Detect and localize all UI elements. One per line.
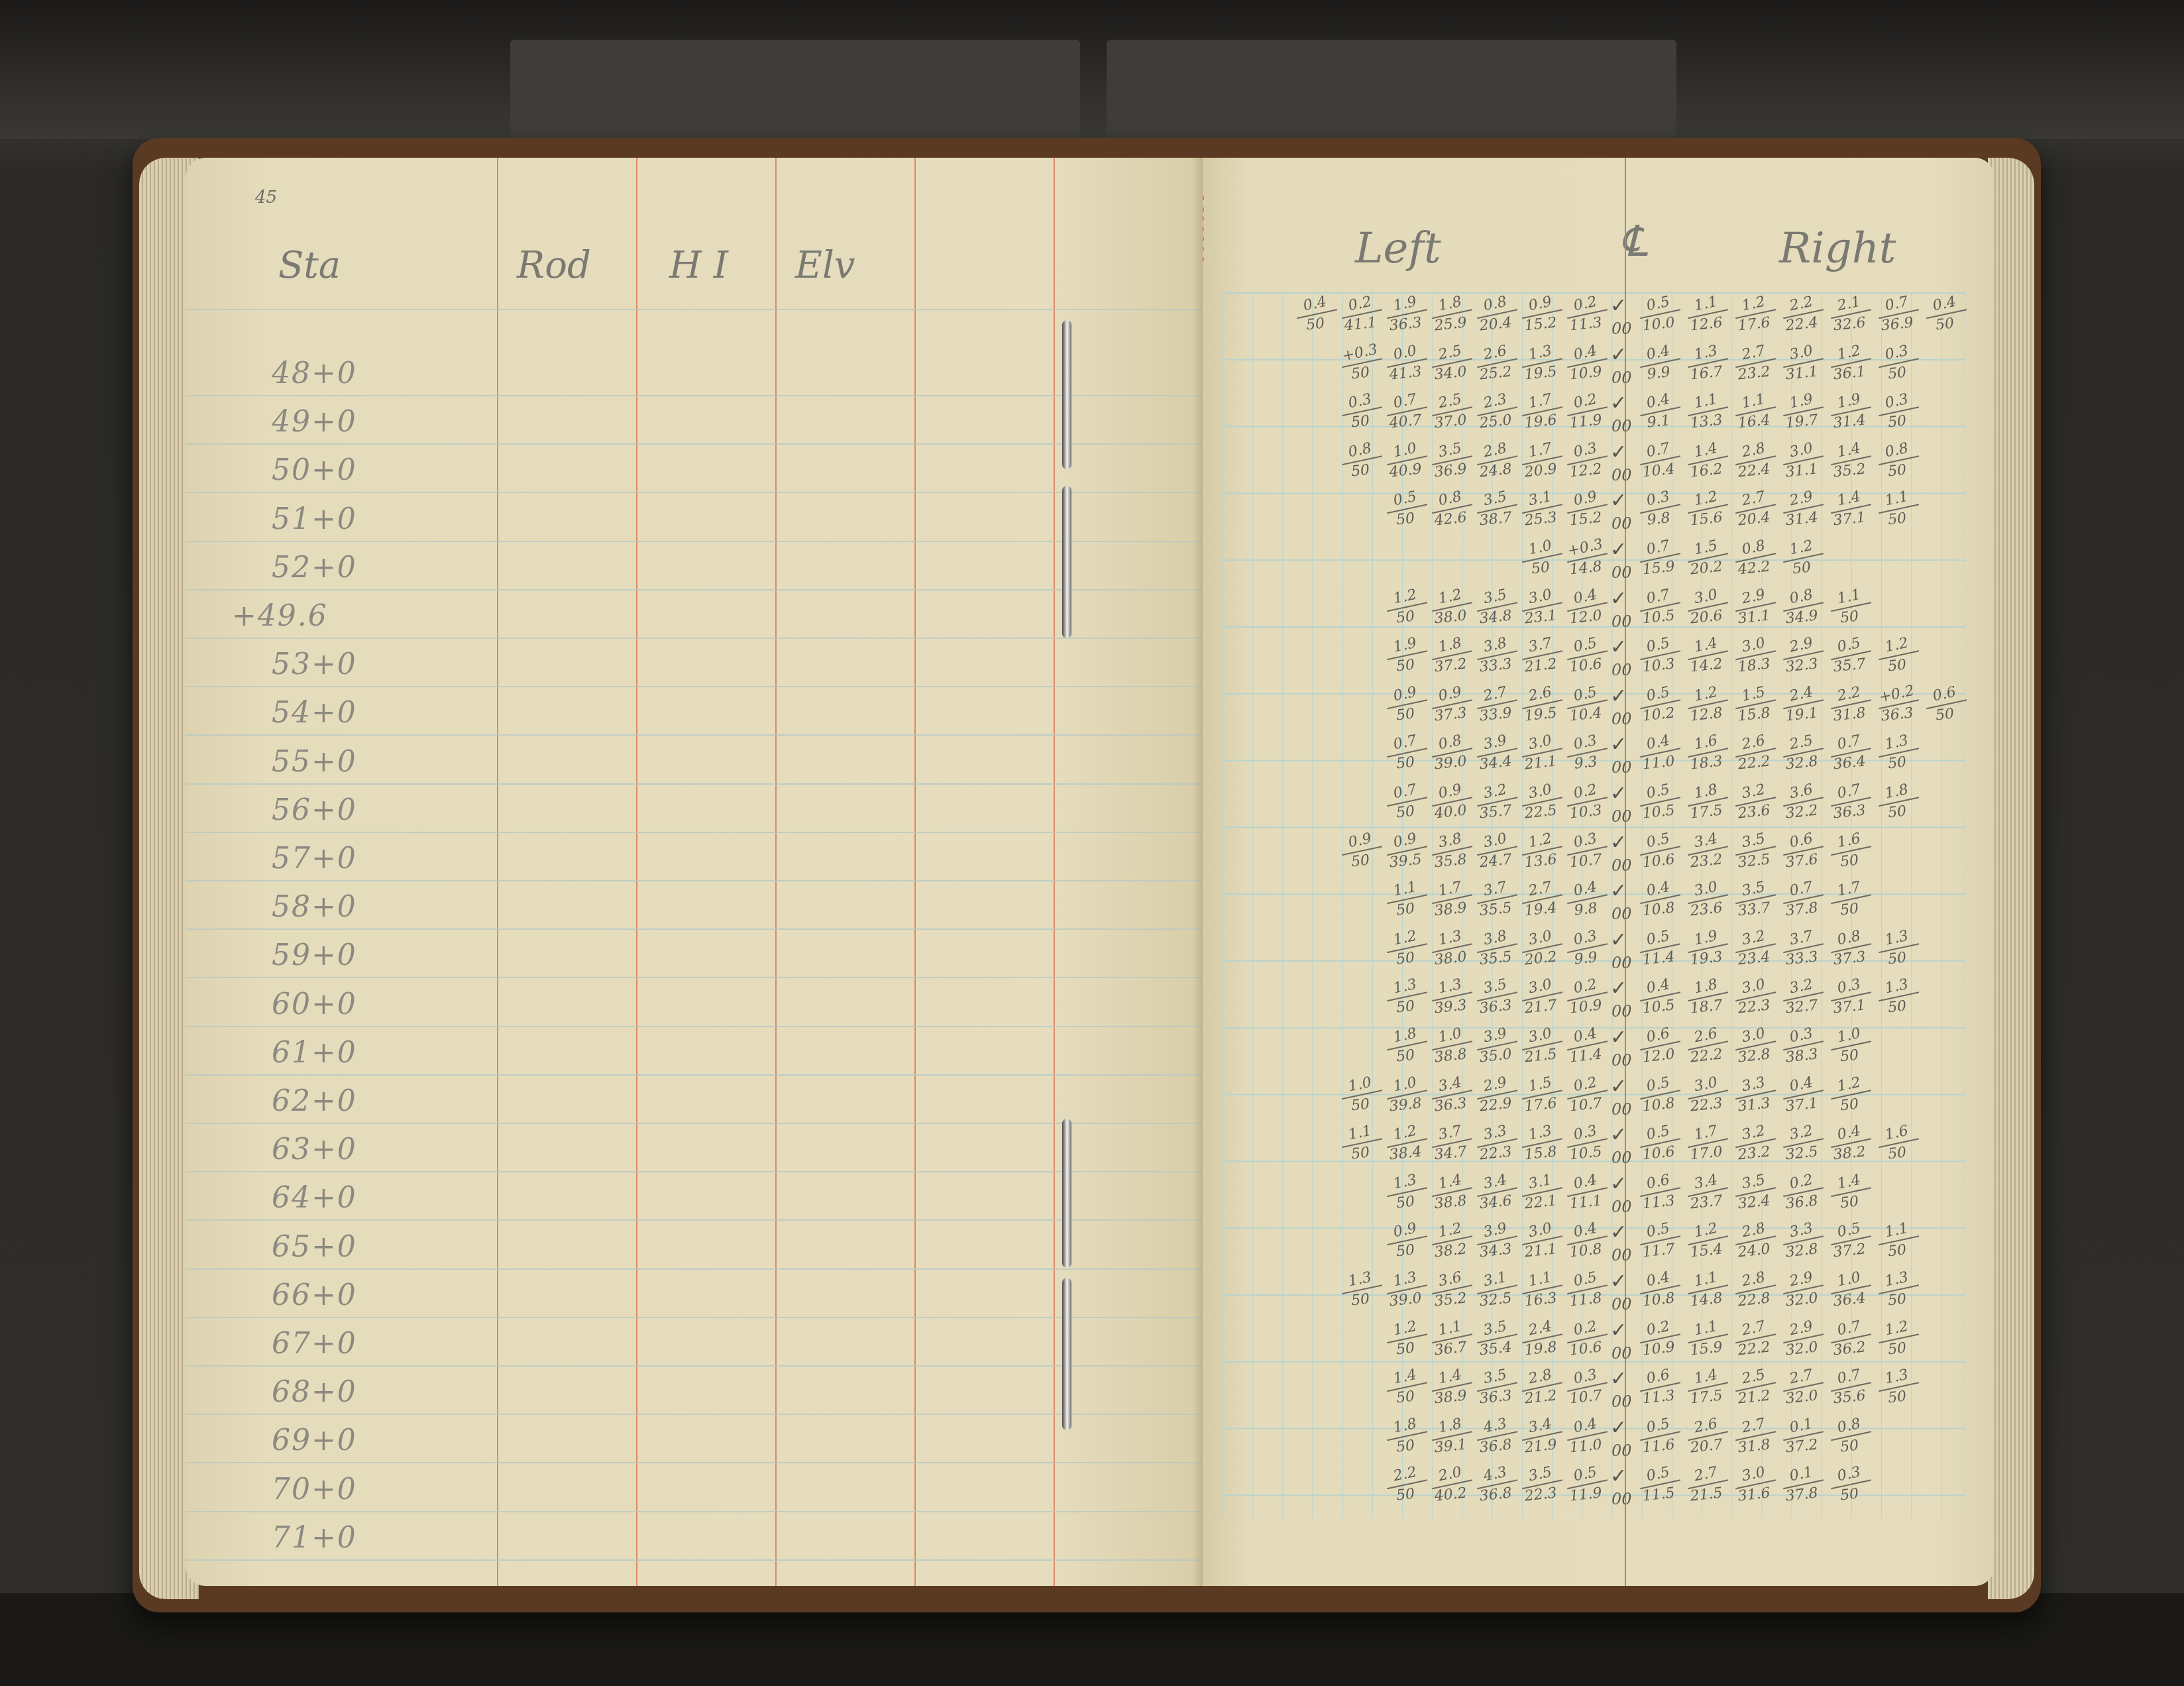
left-reading: 1.315.8 [1520,1126,1561,1161]
left-reading: 1.250 [1385,590,1426,625]
offset-distance: 38.2 [1429,1239,1472,1261]
offset-distance: 9.1 [1637,410,1680,431]
ruled-line [186,1123,1203,1124]
left-reading: 1.339.0 [1385,1272,1426,1308]
offset-distance: 16.3 [1519,1288,1562,1310]
offset-distance: 22.1 [1519,1191,1562,1212]
right-reading: 1.437.1 [1829,492,1870,527]
left-reading: 1.839.1 [1430,1419,1471,1454]
ruled-line [186,1317,1203,1318]
offset-distance: 10.4 [1637,459,1680,480]
offset-distance: 50 [1384,1337,1427,1358]
offset-distance: 22.4 [1780,313,1823,334]
left-reading: 1.837.2 [1430,638,1471,673]
ruled-line [186,783,1203,785]
offset-distance: 31.3 [1733,1093,1775,1114]
offset-distance: 38.3 [1780,1044,1823,1066]
offset-distance: 12.0 [1564,605,1607,626]
offset-distance: 32.5 [1780,1142,1823,1163]
check-mark: ✓ [1610,1123,1627,1147]
offset-distance: 22.9 [1474,1093,1517,1114]
offset-distance: 33.3 [1474,654,1517,675]
check-mark: ✓ [1610,685,1627,708]
offset-distance: 12.8 [1685,703,1727,724]
offset-distance: 32.8 [1733,1044,1775,1066]
centerline-value: 00 [1611,1198,1632,1216]
column-rule [497,158,498,1586]
right-reading: 1.350 [1877,931,1918,966]
offset-distance: 21.1 [1519,752,1562,773]
offset-distance: 14.8 [1564,557,1607,578]
offset-distance: 19.4 [1519,898,1562,919]
header-sta: Sta [278,244,341,287]
right-reading: 1.850 [1877,785,1918,820]
offset-distance: 36.3 [1828,801,1871,822]
offset-distance: 36.1 [1828,361,1871,382]
offset-distance: 10.6 [1564,654,1607,675]
ruled-line [186,1268,1203,1270]
right-reading: 2.721.5 [1686,1467,1727,1502]
right-reading: 1.150 [1829,590,1870,625]
offset-distance: 36.9 [1876,313,1918,334]
offset-distance: 40.0 [1429,801,1472,822]
station-entry: 71+0 [272,1521,357,1555]
left-reading: 3.934.4 [1475,736,1516,771]
right-reading: 0.450 [1924,297,1965,332]
left-reading: 1.213.6 [1520,834,1561,869]
offset-distance: 15.9 [1685,1337,1727,1358]
offset-distance: 19.7 [1780,410,1823,431]
offset-distance: 37.1 [1780,1093,1823,1114]
right-reading: 3.533.7 [1733,882,1774,917]
left-reading: 2.922.9 [1475,1078,1516,1113]
right-reading: 0.210.9 [1638,1321,1679,1357]
serial-stamp: 1690990 [1203,194,1206,265]
right-reading: 1.350 [1877,736,1918,771]
right-reading: 1.236.1 [1829,346,1870,381]
offset-distance: 32.0 [1780,1288,1823,1310]
right-reading: 0.736.4 [1829,736,1870,771]
left-reading: 0.842.6 [1430,492,1471,527]
offset-distance: 10.4 [1564,703,1607,724]
offset-distance: 11.6 [1637,1435,1680,1456]
offset-distance: 22.2 [1733,752,1775,773]
left-reading: 2.250 [1385,1467,1426,1502]
right-reading: 2.620.7 [1686,1419,1727,1454]
offset-distance: 17.0 [1685,1142,1727,1163]
ruled-line [186,1219,1203,1221]
offset-distance: 23.7 [1685,1191,1727,1212]
left-reading: 3.434.6 [1475,1175,1516,1210]
check-mark: ✓ [1610,489,1627,512]
offset-distance: 15.8 [1733,703,1775,724]
right-reading: 0.511.6 [1638,1419,1679,1454]
right-reading: 0.510.0 [1638,297,1679,332]
offset-distance: 23.6 [1685,898,1727,919]
offset-distance: 9.3 [1564,752,1607,773]
offset-distance: 50 [1384,947,1427,968]
offset-distance: 22.2 [1685,1044,1727,1066]
left-reading: 0.410.9 [1565,346,1606,381]
column-rule [775,158,777,1586]
left-reading: 1.720.9 [1520,443,1561,478]
check-mark: ✓ [1610,587,1627,610]
right-reading: 0.137.8 [1781,1467,1822,1502]
offset-distance: 37.8 [1780,898,1823,919]
offset-distance: 35.5 [1474,947,1517,968]
offset-distance: 21.1 [1519,1239,1562,1261]
ruled-line [186,492,1203,493]
offset-distance: 37.0 [1429,410,1472,431]
offset-distance: 25.2 [1474,361,1517,382]
column-rule [1054,158,1055,1586]
right-reading: 0.338.3 [1781,1029,1822,1064]
offset-distance: 36.8 [1474,1435,1517,1456]
station-entry: 58+0 [272,890,357,924]
left-reading: 1.136.7 [1430,1321,1471,1357]
right-reading: 1.215.6 [1686,492,1727,527]
left-reading: 0.412.0 [1565,590,1606,625]
offset-distance: 11.9 [1564,410,1607,431]
offset-distance: 50 [1519,557,1562,578]
right-reading: 3.223.2 [1733,1126,1774,1161]
left-reading: 0.041.3 [1385,346,1426,381]
left-reading: 3.536.3 [1475,1370,1516,1405]
ruled-line [186,686,1203,687]
ruled-line [186,1026,1203,1027]
centerline-value: 00 [1611,417,1632,435]
offset-distance: 36.2 [1828,1337,1871,1358]
offset-distance: 20.7 [1685,1435,1727,1456]
station-entry: +49.6 [232,599,328,633]
left-reading: 0.211.3 [1565,297,1606,332]
offset-distance: 50 [1876,410,1918,431]
offset-distance: 50 [1876,1386,1918,1407]
left-reading: 1.950 [1385,638,1426,673]
offset-distance: 50 [1384,654,1427,675]
check-mark: ✓ [1610,538,1627,561]
right-reading: 1.112.6 [1686,297,1727,332]
check-mark: ✓ [1610,1172,1627,1196]
offset-distance: 17.6 [1519,1093,1562,1114]
right-reading: 2.231.8 [1829,687,1870,722]
left-reading: 1.238.4 [1385,1126,1426,1161]
station-entry: 59+0 [272,938,357,972]
offset-distance: 33.7 [1733,898,1775,919]
offset-distance: 36.3 [1876,703,1918,724]
offset-distance: 11.3 [1564,313,1607,334]
right-reading: 1.919.3 [1686,931,1727,966]
offset-distance: 32.8 [1780,1239,1823,1261]
centerline-value: 00 [1611,368,1632,387]
left-reading: 1.850 [1385,1419,1426,1454]
offset-distance: 10.6 [1637,1142,1680,1163]
right-reading: 2.222.4 [1781,297,1822,332]
right-reading: 0.736.9 [1877,297,1918,332]
left-reading: 2.534.0 [1430,346,1471,381]
check-mark: ✓ [1610,1367,1627,1390]
ruled-line [186,589,1203,590]
offset-distance: 25.9 [1429,313,1472,334]
centerline-value: 00 [1611,514,1632,533]
left-reading: 1.517.6 [1520,1078,1561,1113]
offset-distance: 50 [1828,898,1871,919]
station-entry: 65+0 [272,1230,357,1264]
offset-distance: 38.8 [1429,1191,1472,1212]
offset-distance: 50 [1876,1239,1918,1261]
right-reading: 0.842.2 [1733,541,1774,576]
station-entry: 68+0 [272,1375,357,1409]
offset-distance: 11.9 [1564,1483,1607,1504]
check-mark: ✓ [1610,441,1627,464]
right-reading: 3.022.3 [1733,980,1774,1015]
left-reading: 3.021.1 [1520,1223,1561,1259]
offset-distance: 37.2 [1429,654,1472,675]
offset-distance: 50 [1876,1337,1918,1358]
left-reading: 3.833.3 [1475,638,1516,673]
offset-distance: 31.6 [1733,1483,1775,1504]
right-reading: 1.931.4 [1829,394,1870,429]
offset-distance: 36.9 [1429,459,1472,480]
right-reading: 1.650 [1829,834,1870,869]
offset-distance: 21.5 [1685,1483,1727,1504]
offset-distance: 22.3 [1733,995,1775,1017]
left-reading: 3.534.8 [1475,590,1516,625]
offset-distance: 38.7 [1474,508,1517,529]
offset-distance: 32.3 [1780,654,1823,675]
offset-distance: 10.8 [1564,1239,1607,1261]
offset-distance: 39.3 [1429,995,1472,1017]
right-reading: 1.250 [1877,638,1918,673]
station-entry: 69+0 [272,1424,357,1457]
binding-staple [1062,320,1071,469]
right-page: 1690990 Left ℄ Right 0.4500.241.11.936.3… [1203,158,1994,1586]
left-reading: 0.511.8 [1565,1272,1606,1308]
left-reading: 0.410.8 [1565,1223,1606,1259]
offset-distance: 36.8 [1780,1191,1823,1212]
right-reading: 3.031.1 [1781,443,1822,478]
offset-distance: 33.9 [1474,703,1517,724]
left-reading: 0.310.7 [1565,1370,1606,1405]
offset-distance: 50 [1384,508,1427,529]
left-reading: 3.132.5 [1475,1272,1516,1308]
offset-distance: 38.9 [1429,898,1472,919]
left-reading: 1.150 [1385,882,1426,917]
offset-distance: 35.0 [1474,1044,1517,1066]
offset-distance: 36.7 [1429,1337,1472,1358]
offset-distance: 32.4 [1733,1191,1775,1212]
left-reading: 0.310.7 [1565,834,1606,869]
right-reading: 1.919.7 [1781,394,1822,429]
offset-distance: 10.6 [1637,849,1680,870]
left-reading: 2.325.0 [1475,394,1516,429]
offset-distance: 38.0 [1429,947,1472,968]
offset-distance: 22.4 [1733,459,1775,480]
right-reading: 0.510.8 [1638,1078,1679,1113]
right-reading: 2.732.0 [1781,1370,1822,1405]
offset-distance: 36.4 [1828,752,1871,773]
centerline-value: 00 [1611,612,1632,631]
offset-distance: 18.7 [1685,995,1727,1017]
left-reading: 3.020.2 [1520,931,1561,966]
right-reading: 2.720.4 [1733,492,1774,527]
check-mark: ✓ [1610,977,1627,1000]
centerline-value: 00 [1611,1392,1632,1411]
offset-distance: 37.1 [1828,508,1871,529]
offset-distance: 32.8 [1780,752,1823,773]
offset-distance: 15.9 [1637,557,1680,578]
left-reading: 1.350 [1340,1272,1381,1308]
offset-distance: 22.5 [1519,801,1562,822]
left-reading: 0.411.1 [1565,1175,1606,1210]
offset-distance: 25.0 [1474,410,1517,431]
offset-distance: 10.7 [1564,1386,1607,1407]
offset-distance: 37.3 [1429,703,1472,724]
left-reading: 3.021.1 [1520,736,1561,771]
offset-distance: 23.4 [1733,947,1775,968]
right-reading: 2.824.0 [1733,1223,1774,1259]
offset-distance: 17.6 [1733,313,1775,334]
offset-distance: 34.7 [1429,1142,1472,1163]
right-reading: 2.932.3 [1781,638,1822,673]
right-reading: 2.932.0 [1781,1272,1822,1308]
ruled-line [186,638,1203,639]
right-reading: 0.611.3 [1638,1370,1679,1405]
offset-distance: 10.9 [1637,1337,1680,1358]
right-reading: 3.020.6 [1686,590,1727,625]
field-notebook: 45 Sta Rod H I Elv 48+049+050+051+052+0+… [133,138,2041,1612]
offset-distance: 50 [1384,703,1427,724]
right-reading: 0.710.5 [1638,590,1679,625]
left-reading: 0.310.5 [1565,1126,1606,1161]
right-reading: 3.032.8 [1733,1029,1774,1064]
centerline-value: 00 [1611,1344,1632,1363]
station-entry: 70+0 [272,1473,357,1506]
check-mark: ✓ [1610,1319,1627,1342]
station-entry: 64+0 [272,1181,357,1215]
offset-distance: 35.4 [1474,1337,1517,1358]
centerline-value: 00 [1611,856,1632,875]
check-mark: ✓ [1610,782,1627,805]
right-reading: 0.736.2 [1829,1321,1870,1357]
right-reading: 3.031.6 [1733,1467,1774,1502]
left-page: 45 Sta Rod H I Elv 48+049+050+051+052+0+… [186,158,1203,1586]
centerline-value: 00 [1611,466,1632,484]
offset-distance: 50 [1924,313,1966,334]
offset-distance: 50 [1384,605,1427,626]
left-reading: 1.450 [1385,1370,1426,1405]
right-reading: 1.520.2 [1686,541,1727,576]
left-reading: 2.537.0 [1430,394,1471,429]
station-entry: 67+0 [272,1327,357,1361]
offset-distance: 10.3 [1564,801,1607,822]
left-reading: 0.750 [1385,736,1426,771]
station-entry: 52+0 [272,551,357,585]
offset-distance: 19.5 [1519,361,1562,382]
offset-distance: 31.4 [1828,410,1871,431]
offset-distance: 40.9 [1384,459,1427,480]
offset-distance: 31.1 [1780,459,1823,480]
offset-distance: 32.6 [1828,313,1871,334]
left-reading: 0.915.2 [1520,297,1561,332]
offset-distance: 32.2 [1780,801,1823,822]
right-reading: 0.236.8 [1781,1175,1822,1210]
offset-distance: 15.6 [1685,508,1727,529]
right-reading: 3.423.2 [1686,834,1727,869]
offset-distance: 50 [1828,1044,1871,1066]
station-entry: 57+0 [272,842,357,875]
offset-distance: 21.5 [1519,1044,1562,1066]
left-reading: 0.950 [1385,687,1426,722]
offset-distance: 11.4 [1637,947,1680,968]
left-reading: 3.021.5 [1520,1029,1561,1064]
offset-distance: 34.6 [1474,1191,1517,1212]
left-reading: 0.49.8 [1565,882,1606,917]
right-reading: 1.114.8 [1686,1272,1727,1308]
check-mark: ✓ [1610,879,1627,903]
right-reading: 1.316.7 [1686,346,1727,381]
offset-distance: 18.3 [1733,654,1775,675]
station-entry: 61+0 [272,1036,357,1070]
right-reading: 1.150 [1877,492,1918,527]
offset-distance: 34.0 [1429,361,1472,382]
offset-distance: 31.8 [1828,703,1871,724]
offset-distance: 23.2 [1685,849,1727,870]
left-reading: 0.850 [1340,443,1381,478]
offset-distance: 32.5 [1733,849,1775,870]
station-entry: 60+0 [272,987,357,1021]
right-reading: 1.416.2 [1686,443,1727,478]
centerline-value: 00 [1611,807,1632,826]
offset-distance: 11.0 [1564,1435,1607,1456]
offset-distance: 50 [1339,361,1382,382]
offset-distance: 20.9 [1519,459,1562,480]
offset-distance: 20.2 [1519,947,1562,968]
offset-distance: 50 [1876,995,1918,1017]
offset-distance: 22.3 [1519,1483,1562,1504]
offset-distance: 21.2 [1519,654,1562,675]
offset-distance: 50 [1339,1288,1382,1310]
left-reading: 1.350 [1385,1175,1426,1210]
offset-distance: 12.2 [1564,459,1607,480]
left-reading: 3.734.7 [1430,1126,1471,1161]
offset-distance: 31.1 [1733,605,1775,626]
ruled-line [186,1074,1203,1076]
offset-distance: 16.4 [1733,410,1775,431]
left-reading: 1.738.9 [1430,882,1471,917]
centerline-value: 00 [1611,905,1632,923]
left-reading: 1.238.0 [1430,590,1471,625]
offset-distance: 36.8 [1474,1483,1517,1504]
right-reading: 0.437.1 [1781,1078,1822,1113]
ruled-line [186,1414,1203,1415]
offset-distance: 36.3 [1474,995,1517,1017]
check-mark: ✓ [1610,636,1627,659]
offset-distance: 50 [1384,1386,1427,1407]
right-reading: 3.031.1 [1781,346,1822,381]
right-reading: 1.250 [1781,541,1822,576]
offset-distance: 50 [1384,801,1427,822]
left-reading: 1.038.8 [1430,1029,1471,1064]
right-reading: 0.637.6 [1781,834,1822,869]
right-reading: 3.733.3 [1781,931,1822,966]
offset-distance: 39.0 [1429,752,1472,773]
right-reading: 1.450 [1829,1175,1870,1210]
ruled-line [186,1511,1203,1512]
right-reading: 0.611.3 [1638,1175,1679,1210]
right-reading: 0.510.6 [1638,1126,1679,1161]
ruled-line [186,1171,1203,1172]
